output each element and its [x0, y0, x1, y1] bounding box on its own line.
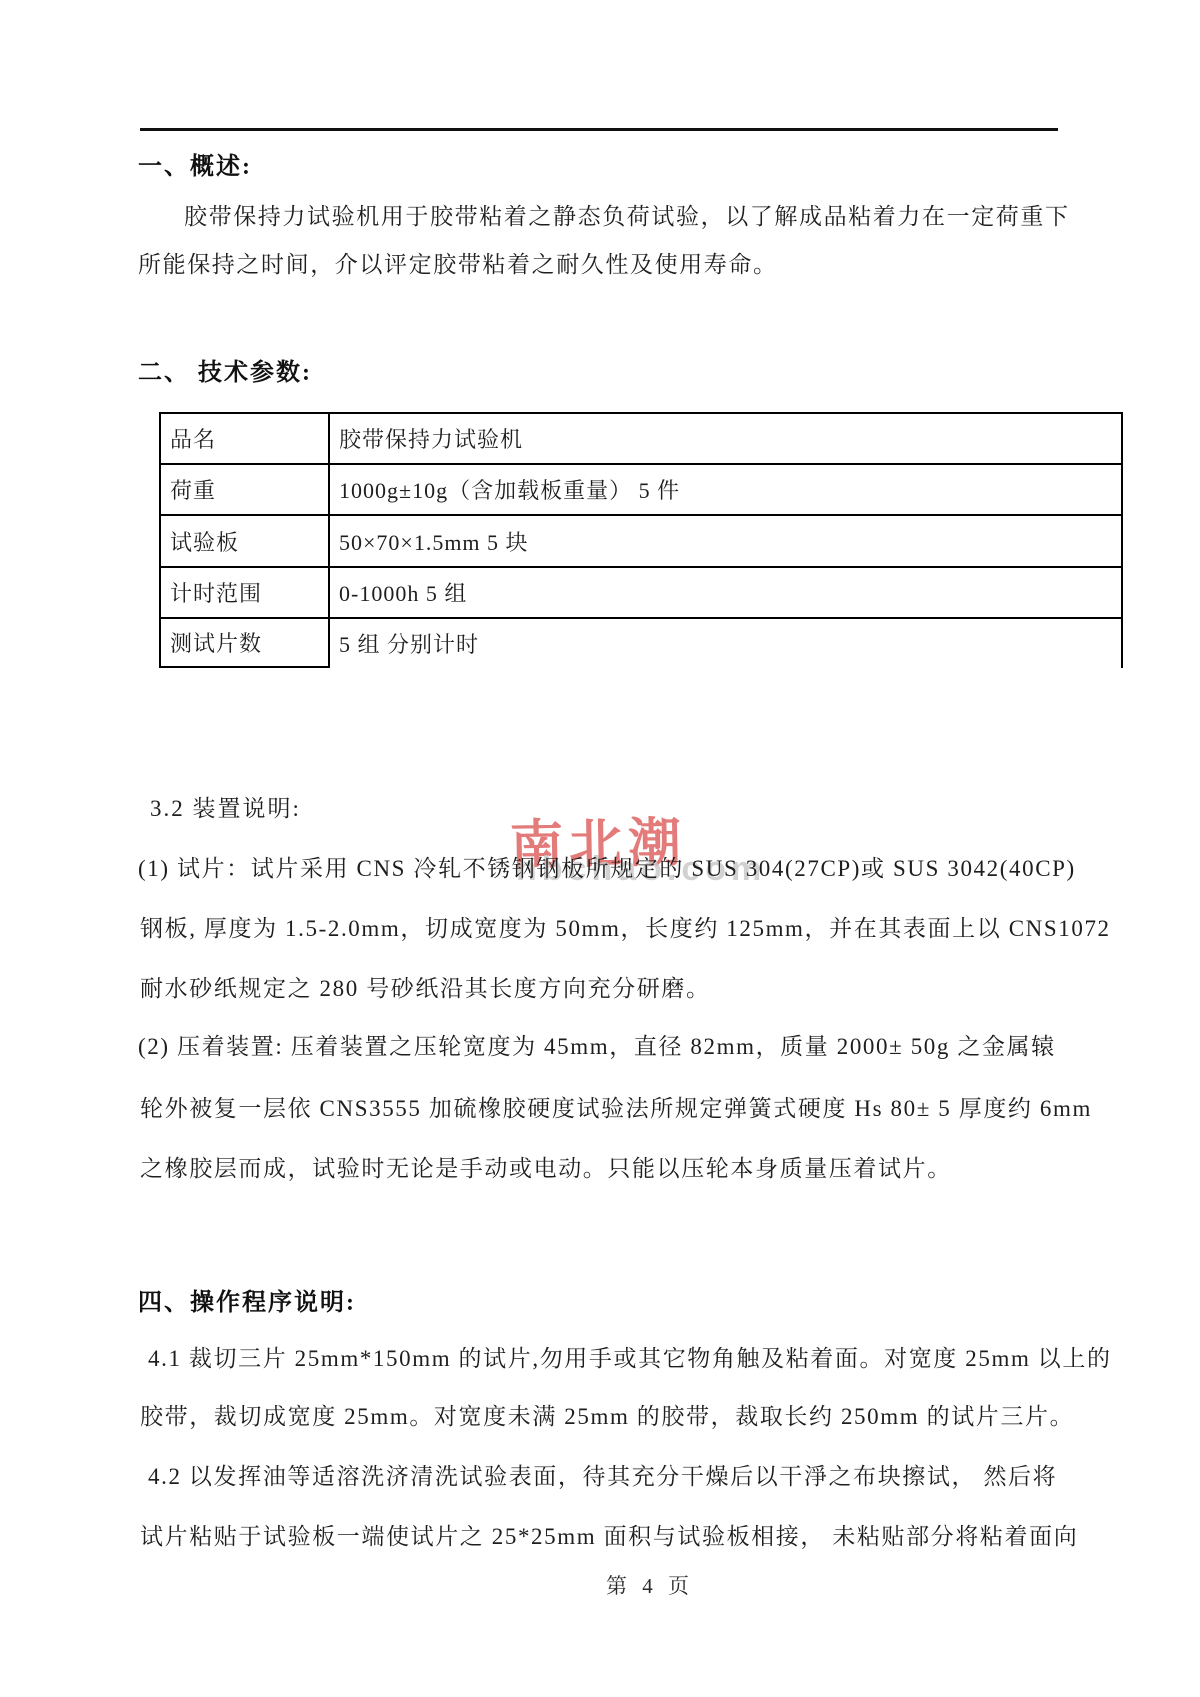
table-row-testplate: 试验板 50×70×1.5mm 5 块: [161, 516, 1121, 567]
document-page: 南北潮 nbchao.com 一、概述: 胶带保持力试验机用于胶带粘着之静态负荷…: [0, 0, 1200, 1697]
overview-line-1: 胶带保持力试验机用于胶带粘着之静态负荷试验，以了解成品粘着力在一定荷重下: [184, 198, 1070, 231]
device-item2-line-1: (2) 压着装置: 压着装置之压轮宽度为 45mm，直径 82mm，质量 200…: [138, 1028, 1056, 1061]
procedure-heading: 四、操作程序说明:: [138, 1282, 356, 1317]
overview-line-2: 所能保持之时间，介以评定胶带粘着之耐久性及使用寿命。: [138, 246, 778, 279]
row-value: 1000g±10g（含加载板重量） 5 件: [330, 465, 1121, 514]
device-item2-line-3: 之橡胶层而成，试验时无论是手动或电动。只能以压轮本身质量压着试片。: [140, 1150, 952, 1183]
table-row-product: 品名 胶带保持力试验机: [161, 414, 1121, 465]
table-row-load: 荷重 1000g±10g（含加载板重量） 5 件: [161, 465, 1121, 516]
top-rule: [140, 128, 1058, 131]
params-heading: 二、 技术参数:: [138, 352, 312, 387]
row-label: 品名: [161, 414, 330, 463]
row-value: 0-1000h 5 组: [330, 568, 1121, 617]
device-item1-line-2: 钢板, 厚度为 1.5-2.0mm，切成宽度为 50mm，长度约 125mm，并…: [140, 910, 1111, 943]
params-table: 品名 胶带保持力试验机 荷重 1000g±10g（含加载板重量） 5 件 试验板…: [159, 412, 1123, 668]
table-row-timerrange: 计时范围 0-1000h 5 组: [161, 568, 1121, 619]
table-row-piececount: 测试片数 5 组 分别计时: [161, 619, 1121, 668]
row-value: 5 组 分别计时: [330, 619, 1121, 668]
row-label: 试验板: [161, 516, 330, 565]
device-item1-line-3: 耐水砂纸规定之 280 号砂纸沿其长度方向充分研磨。: [140, 970, 711, 1003]
overview-heading: 一、概述:: [138, 146, 252, 181]
procedure-item41-line-1: 4.1 裁切三片 25mm*150mm 的试片,勿用手或其它物角触及粘着面。对宽…: [148, 1340, 1112, 1373]
device-heading: 3.2 装置说明:: [150, 790, 301, 823]
row-label: 荷重: [161, 465, 330, 514]
procedure-item42-line-2: 试片粘贴于试验板一端使试片之 25*25mm 面积与试验板相接， 未粘贴部分将粘…: [140, 1518, 1078, 1551]
device-item2-line-2: 轮外被复一层依 CNS3555 加硫橡胶硬度试验法所规定弹簧式硬度 Hs 80±…: [140, 1090, 1092, 1123]
row-value: 50×70×1.5mm 5 块: [330, 516, 1121, 565]
row-label: 计时范围: [161, 568, 330, 617]
procedure-item42-line-1: 4.2 以发挥油等适溶洗济清洗试验表面，待其充分干燥后以干淨之布块擦试， 然后将: [148, 1458, 1057, 1491]
device-item1-line-1: (1) 试片：试片采用 CNS 冷轧不锈钢钢板所规定的 SUS 304(27CP…: [138, 850, 1076, 883]
procedure-item41-line-2: 胶带，裁切成宽度 25mm。对宽度未满 25mm 的胶带，裁取长约 250mm …: [140, 1398, 1074, 1431]
row-value: 胶带保持力试验机: [330, 414, 1121, 463]
row-label: 测试片数: [161, 619, 330, 668]
page-number: 第 4 页: [606, 1570, 694, 1600]
